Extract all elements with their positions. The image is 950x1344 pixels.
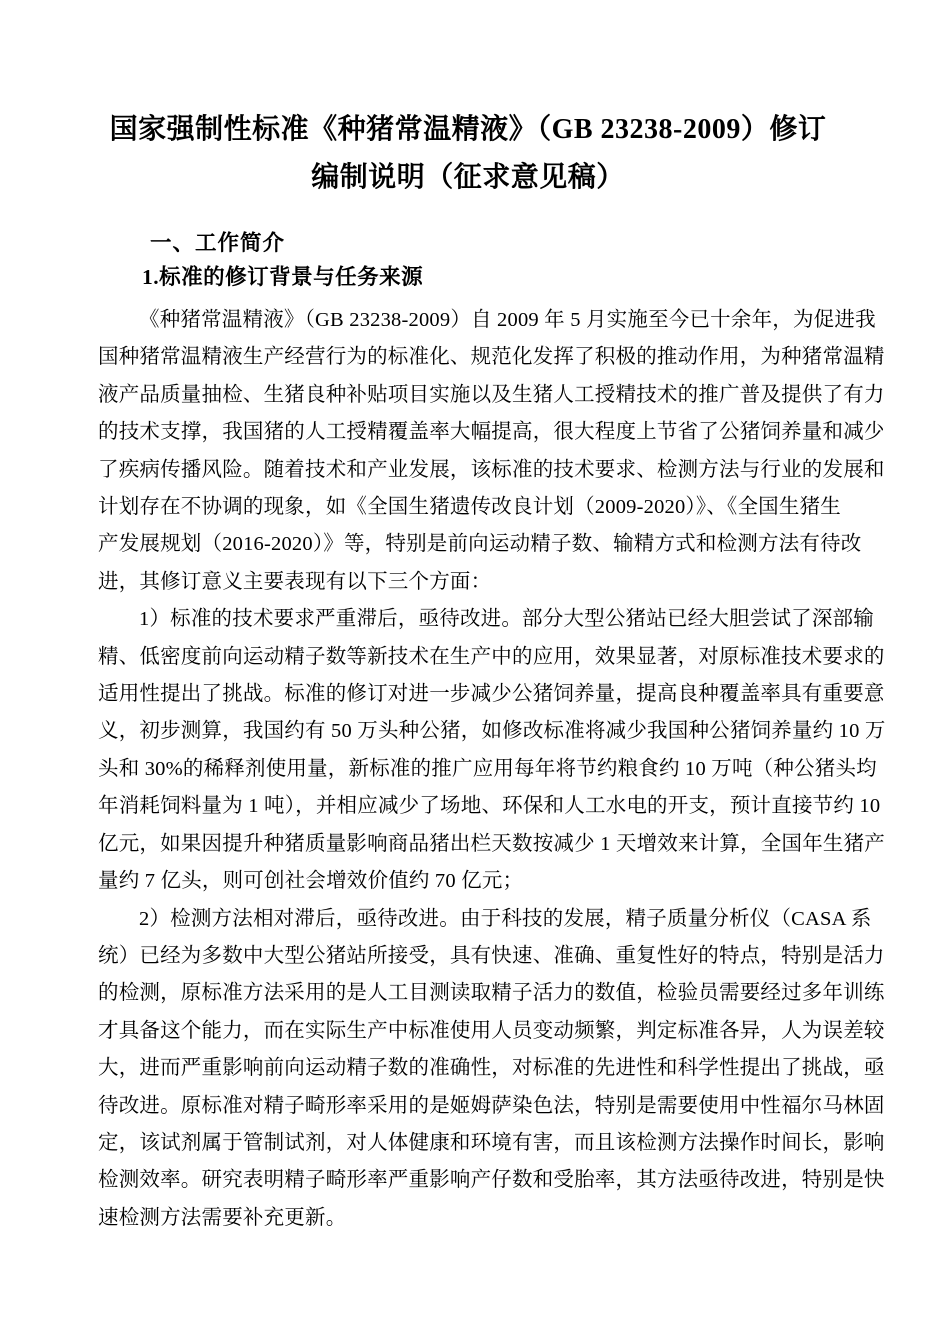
paragraph-1-line-2: 国种猪常温精液生产经营行为的标准化、规范化发挥了积极的推动作用，为种猪常温精 <box>98 339 838 376</box>
paragraph-3-line-3: 的检测，原标准方法采用的是人工目测读取精子活力的数值，检验员需要经过多年训练 <box>98 975 838 1012</box>
document-title-line-2: 编制说明（征求意见稿） <box>98 154 838 202</box>
document-body: 《种猪常温精液》（GB 23238-2009）自 2009 年 5 月实施至今已… <box>98 302 838 1237</box>
paragraph-3-line-6: 待改进。原标准对精子畸形率采用的是姬姆萨染色法，特别是需要使用中性福尔马林固 <box>98 1088 838 1125</box>
document-content: 国家强制性标准《种猪常温精液》（GB 23238-2009）修订 编制说明（征求… <box>0 0 950 1237</box>
paragraph-2-line-8: 量约 7 亿头，则可创社会增效价值约 70 亿元； <box>98 863 838 900</box>
paragraph-2-line-3: 适用性提出了挑战。标准的修订对进一步减少公猪饲养量，提高良种覆盖率具有重要意 <box>98 676 838 713</box>
paragraph-2-line-2: 精、低密度前向运动精子数等新技术在生产中的应用，效果显著，对原标准技术要求的 <box>98 639 838 676</box>
paragraph-1-line-5: 了疾病传播风险。随着技术和产业发展，该标准的技术要求、检测方法与行业的发展和 <box>98 452 838 489</box>
paragraph-3-line-9: 速检测方法需要补充更新。 <box>98 1200 838 1237</box>
paragraph-3-line-4: 才具备这个能力，而在实际生产中标准使用人员变动频繁，判定标准各异，人为误差较 <box>98 1013 838 1050</box>
paragraph-2-line-4: 义，初步测算，我国约有 50 万头种公猪，如修改标准将减少我国种公猪饲养量约 1… <box>98 713 838 750</box>
section-heading-work-intro: 一、工作简介 <box>98 226 838 260</box>
paragraph-3-line-1: 2）检测方法相对滞后，亟待改进。由于科技的发展，精子质量分析仪（CASA 系 <box>98 901 838 938</box>
paragraph-3-line-8: 检测效率。研究表明精子畸形率严重影响产仔数和受胎率，其方法亟待改进，特别是快 <box>98 1162 838 1199</box>
paragraph-1-line-6: 计划存在不协调的现象，如《全国生猪遗传改良计划（2009-2020）》、《全国生… <box>98 489 838 526</box>
paragraph-2-line-5: 头和 30%的稀释剂使用量，新标准的推广应用每年将节约粮食约 10 万吨（种公猪… <box>98 751 838 788</box>
paragraph-3-line-2: 统）已经为多数中大型公猪站所接受，具有快速、准确、重复性好的特点，特别是活力 <box>98 938 838 975</box>
paragraph-1-line-3: 液产品质量抽检、生猪良种补贴项目实施以及生猪人工授精技术的推广普及提供了有力 <box>98 377 838 414</box>
document-title: 国家强制性标准《种猪常温精液》（GB 23238-2009）修订 编制说明（征求… <box>98 106 838 202</box>
paragraph-2-line-6: 年消耗饲料量为 1 吨），并相应减少了场地、环保和人工水电的开支，预计直接节约 … <box>98 788 838 825</box>
paragraph-1-line-4: 的技术支撑，我国猪的人工授精覆盖率大幅提高，很大程度上节省了公猪饲养量和减少 <box>98 414 838 451</box>
paragraph-1-line-1: 《种猪常温精液》（GB 23238-2009）自 2009 年 5 月实施至今已… <box>98 302 838 339</box>
paragraph-1-line-7: 产发展规划（2016-2020）》等，特别是前向运动精子数、输精方式和检测方法有… <box>98 526 838 563</box>
paragraph-2-line-1: 1）标准的技术要求严重滞后，亟待改进。部分大型公猪站已经大胆尝试了深部输 <box>98 601 838 638</box>
paragraph-1-line-8: 进，其修订意义主要表现有以下三个方面： <box>98 564 838 601</box>
document-title-line-1: 国家强制性标准《种猪常温精液》（GB 23238-2009）修订 <box>98 106 838 154</box>
paragraph-2-line-7: 亿元，如果因提升种猪质量影响商品猪出栏天数按减少 1 天增效来计算，全国年生猪产 <box>98 826 838 863</box>
sub-heading-revision-background: 1.标准的修订背景与任务来源 <box>98 260 838 294</box>
paragraph-3-line-5: 大，进而严重影响前向运动精子数的准确性，对标准的先进性和科学性提出了挑战，亟 <box>98 1050 838 1087</box>
paragraph-3-line-7: 定，该试剂属于管制试剂，对人体健康和环境有害，而且该检测方法操作时间长，影响 <box>98 1125 838 1162</box>
document-page: 国家强制性标准《种猪常温精液》（GB 23238-2009）修订 编制说明（征求… <box>0 0 950 1344</box>
